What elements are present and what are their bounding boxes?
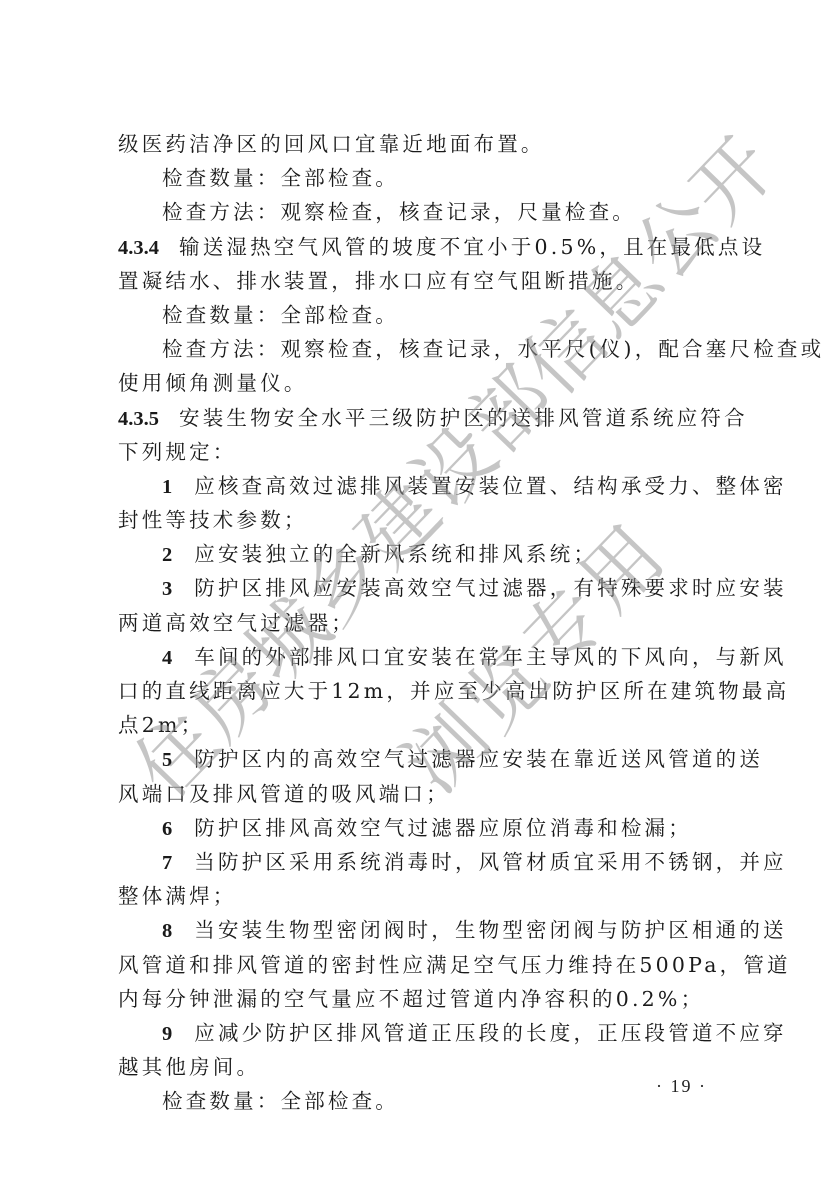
paragraph-line: 置凝结水、排水装置，排水口应有空气阻断措施。 [118,264,730,298]
list-item-2: 2应安装独立的全新风系统和排风系统； [118,537,730,571]
item-text: 应核查高效过滤排风装置安装位置、结构承受力、整体密 [194,474,787,498]
list-item-7: 7当防护区采用系统消毒时，风管材质宜采用不锈钢，并应 [118,845,730,879]
item-number: 8 [162,920,172,942]
inspection-quantity-line: 检查数量：全部检查。 [118,161,730,195]
paragraph-line: 口的直线距离应大于12m，并应至少高出防护区所在建筑物最高 [118,674,730,708]
list-item-5: 5防护区内的高效空气过滤器应安装在靠近送风管道的送 [118,742,730,776]
inspection-method-line: 检查方法：观察检查，核查记录，水平尺(仪)，配合塞尺检查或 [118,332,730,366]
item-number: 6 [162,818,172,840]
paragraph-line: 使用倾角测量仪。 [118,366,730,400]
item-number: 5 [162,749,172,771]
item-text: 当防护区采用系统消毒时，风管材质宜采用不锈钢，并应 [194,850,787,874]
item-text: 防护区排风高效空气过滤器应原位消毒和检漏； [194,816,692,840]
paragraph-line: 下列规定： [118,435,730,469]
clause-text: 安装生物安全水平三级防护区的送排风管道系统应符合 [179,406,748,430]
inspection-quantity-line: 检查数量：全部检查。 [118,298,730,332]
paragraph-line: 两道高效空气过滤器； [118,606,730,640]
item-number: 4 [162,647,172,669]
list-item-1: 1应核查高效过滤排风装置安装位置、结构承受力、整体密 [118,469,730,503]
item-number: 9 [162,1023,172,1045]
list-item-9: 9应减少防护区排风管道正压段的长度，正压段管道不应穿 [118,1016,730,1050]
item-text: 车间的外部排风口宜安装在常年主导风的下风向，与新风 [194,645,787,669]
item-text: 应减少防护区排风管道正压段的长度，正压段管道不应穿 [194,1021,787,1045]
item-number: 1 [162,476,172,498]
item-text: 防护区内的高效空气过滤器应安装在靠近送风管道的送 [194,747,763,771]
page-number: · 19 · [656,1076,736,1097]
clause-number: 4.3.5 [118,408,159,430]
document-page: 级医药洁净区的回风口宜靠近地面布置。 检查数量：全部检查。 检查方法：观察检查，… [0,0,827,1200]
clause-4-3-5: 4.3.5安装生物安全水平三级防护区的送排风管道系统应符合 [118,401,730,435]
inspection-quantity-line: 检查数量：全部检查。 [118,1084,730,1118]
paragraph-line: 点2m； [118,708,730,742]
item-number: 7 [162,852,172,874]
paragraph-line: 越其他房间。 [118,1050,730,1084]
item-text: 当安装生物型密闭阀时，生物型密闭阀与防护区相通的送 [194,918,787,942]
paragraph-line: 内每分钟泄漏的空气量应不超过管道内净容积的0.2%； [118,982,730,1016]
list-item-6: 6防护区排风高效空气过滤器应原位消毒和检漏； [118,811,730,845]
paragraph-line: 整体满焊； [118,879,730,913]
inspection-method-line: 检查方法：观察检查，核查记录，尺量检查。 [118,195,730,229]
paragraph-line: 风端口及排风管道的吸风端口； [118,777,730,811]
paragraph-line: 封性等技术参数； [118,503,730,537]
item-text: 应安装独立的全新风系统和排风系统； [194,542,597,566]
item-text: 防护区排风应安装高效空气过滤器，有特殊要求时应安装 [194,576,787,600]
item-number: 3 [162,578,172,600]
list-item-3: 3防护区排风应安装高效空气过滤器，有特殊要求时应安装 [118,571,730,605]
paragraph-line: 级医药洁净区的回风口宜靠近地面布置。 [118,127,730,161]
clause-number: 4.3.4 [118,237,159,259]
page-body: 级医药洁净区的回风口宜靠近地面布置。 检查数量：全部检查。 检查方法：观察检查，… [118,127,730,1118]
clause-text: 输送湿热空气风管的坡度不宜小于0.5%，且在最低点设 [179,235,765,259]
item-number: 2 [162,544,172,566]
list-item-4: 4车间的外部排风口宜安装在常年主导风的下风向，与新风 [118,640,730,674]
paragraph-line: 风管道和排风管道的密封性应满足空气压力维持在500Pa，管道 [118,948,730,982]
list-item-8: 8当安装生物型密闭阀时，生物型密闭阀与防护区相通的送 [118,913,730,947]
clause-4-3-4: 4.3.4输送湿热空气风管的坡度不宜小于0.5%，且在最低点设 [118,230,730,264]
